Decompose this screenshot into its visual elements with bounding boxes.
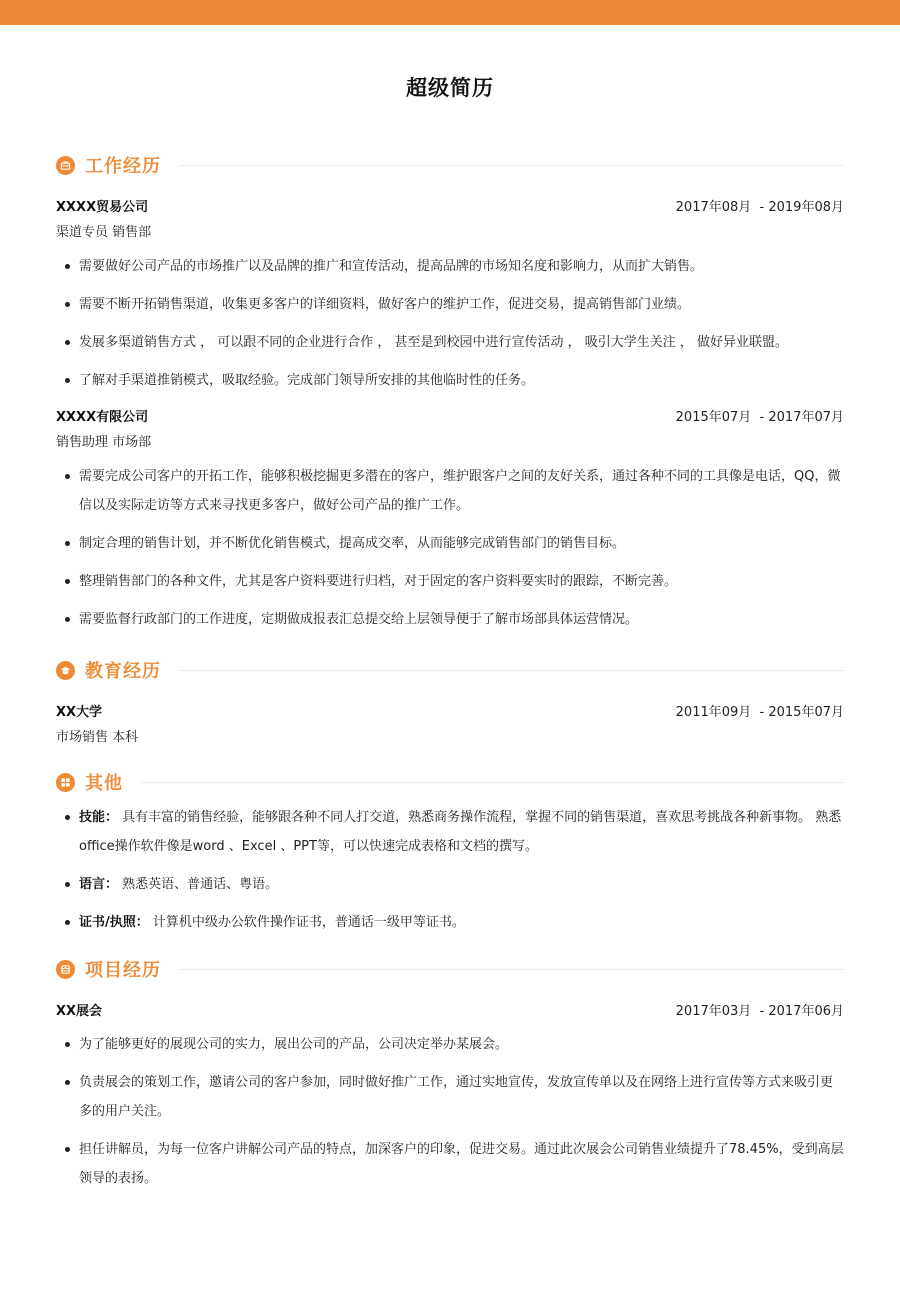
list-item-skills: 技能： 具有丰富的销售经验，能够跟各种不同人打交道，熟悉商务操作流程，掌握不同的…	[56, 803, 844, 861]
list-item: 发展多渠道销售方式 ， 可以跟不同的企业进行合作 ， 甚至是到校园中进行宣传活动…	[56, 328, 844, 357]
section-title: 教育经历	[85, 657, 161, 683]
list-item: 整理销售部门的各种文件，尤其是客户资料要进行归档，对于固定的客户资料要实时的跟踪…	[56, 567, 844, 596]
item-label: 技能：	[79, 810, 118, 825]
section-divider	[141, 782, 844, 783]
project-name: XX展会	[56, 1000, 102, 1019]
section-education: 教育经历 XX大学 2011年09月 - 2015年07月 市场销售 本科	[56, 653, 844, 749]
duty-list: 需要完成公司客户的开拓工作，能够积极挖掘更多潜在的客户，维护跟客户之间的友好关系…	[56, 462, 844, 634]
duty-list: 需要做好公司产品的市场推广以及品牌的推广和宣传活动，提高品牌的市场知名度和影响力…	[56, 252, 844, 395]
project-entry: XX展会 2017年03月 - 2017年06月 为了能够更好的展现公司的实力，…	[56, 998, 844, 1193]
list-item: 负责展会的策划工作，邀请公司的客户参加，同时做好推广工作，通过实地宣传，发放宣传…	[56, 1068, 844, 1126]
work-entry: XXXX贸易公司 2017年08月 - 2019年08月 渠道专员 销售部 需要…	[56, 194, 844, 395]
other-list: 技能： 具有丰富的销售经验，能够跟各种不同人打交道，熟悉商务操作流程，掌握不同的…	[56, 803, 844, 937]
list-item: 需要做好公司产品的市场推广以及品牌的推广和宣传活动，提高品牌的市场知名度和影响力…	[56, 252, 844, 281]
grid-icon	[56, 773, 75, 792]
date-range: 2017年03月 - 2017年06月	[676, 1000, 844, 1019]
major-degree: 市场销售 本科	[56, 727, 844, 749]
section-divider	[179, 670, 844, 671]
job-role: 渠道专员 销售部	[56, 222, 844, 244]
section-projects: 项目经历 XX展会 2017年03月 - 2017年06月 为了能够更好的展现公…	[56, 952, 844, 1193]
list-item: 了解对手渠道推销模式，吸取经验。完成部门领导所安排的其他临时性的任务。	[56, 366, 844, 395]
section-divider	[179, 165, 844, 166]
item-text: 熟悉英语、普通话、粤语。	[122, 877, 278, 892]
top-accent-bar	[0, 0, 900, 25]
list-item: 制定合理的销售计划，并不断优化销售模式，提高成交率，从而能够完成销售部门的销售目…	[56, 529, 844, 558]
item-text: 计算机中级办公软件操作证书，普通话一级甲等证书。	[153, 915, 465, 930]
item-label: 证书/执照：	[79, 915, 149, 930]
section-header: 工作经历	[56, 148, 844, 182]
section-other: 其他 技能： 具有丰富的销售经验，能够跟各种不同人打交道，熟悉商务操作流程，掌握…	[56, 765, 844, 937]
section-title: 其他	[85, 769, 123, 795]
date-range: 2011年09月 - 2015年07月	[676, 701, 844, 720]
project-list: 为了能够更好的展现公司的实力，展出公司的产品，公司决定举办某展会。 负责展会的策…	[56, 1030, 844, 1193]
company-name: XXXX有限公司	[56, 406, 148, 425]
list-item: 需要不断开拓销售渠道，收集更多客户的详细资料，做好客户的维护工作，促进交易，提高…	[56, 290, 844, 319]
company-name: XXXX贸易公司	[56, 196, 148, 215]
section-divider	[179, 969, 844, 970]
resume-title: 超级简历	[0, 72, 900, 102]
item-label: 语言：	[79, 877, 118, 892]
job-role: 销售助理 市场部	[56, 432, 844, 454]
list-item: 担任讲解员，为每一位客户讲解公司产品的特点，加深客户的印象，促进交易。通过此次展…	[56, 1135, 844, 1193]
list-item: 需要监督行政部门的工作进度，定期做成报表汇总提交给上层领导便于了解市场部具体运营…	[56, 605, 844, 634]
item-text: 具有丰富的销售经验，能够跟各种不同人打交道，熟悉商务操作流程，掌握不同的销售渠道…	[79, 810, 841, 854]
list-item: 需要完成公司客户的开拓工作，能够积极挖掘更多潜在的客户，维护跟客户之间的友好关系…	[56, 462, 844, 520]
resume-content: 工作经历 XXXX贸易公司 2017年08月 - 2019年08月 渠道专员 销…	[56, 148, 844, 1202]
work-entry: XXXX有限公司 2015年07月 - 2017年07月 销售助理 市场部 需要…	[56, 404, 844, 634]
school-name: XX大学	[56, 701, 102, 720]
education-entry: XX大学 2011年09月 - 2015年07月 市场销售 本科	[56, 699, 844, 749]
archive-icon	[56, 960, 75, 979]
list-item: 为了能够更好的展现公司的实力，展出公司的产品，公司决定举办某展会。	[56, 1030, 844, 1059]
section-title: 工作经历	[85, 152, 161, 178]
section-header: 其他	[56, 765, 844, 799]
section-title: 项目经历	[85, 956, 161, 982]
graduation-cap-icon	[56, 661, 75, 680]
list-item-languages: 语言： 熟悉英语、普通话、粤语。	[56, 870, 844, 899]
section-work-experience: 工作经历 XXXX贸易公司 2017年08月 - 2019年08月 渠道专员 销…	[56, 148, 844, 634]
briefcase-icon	[56, 156, 75, 175]
list-item-certificates: 证书/执照： 计算机中级办公软件操作证书，普通话一级甲等证书。	[56, 908, 844, 937]
date-range: 2015年07月 - 2017年07月	[676, 406, 844, 425]
date-range: 2017年08月 - 2019年08月	[676, 196, 844, 215]
section-header: 教育经历	[56, 653, 844, 687]
section-header: 项目经历	[56, 952, 844, 986]
